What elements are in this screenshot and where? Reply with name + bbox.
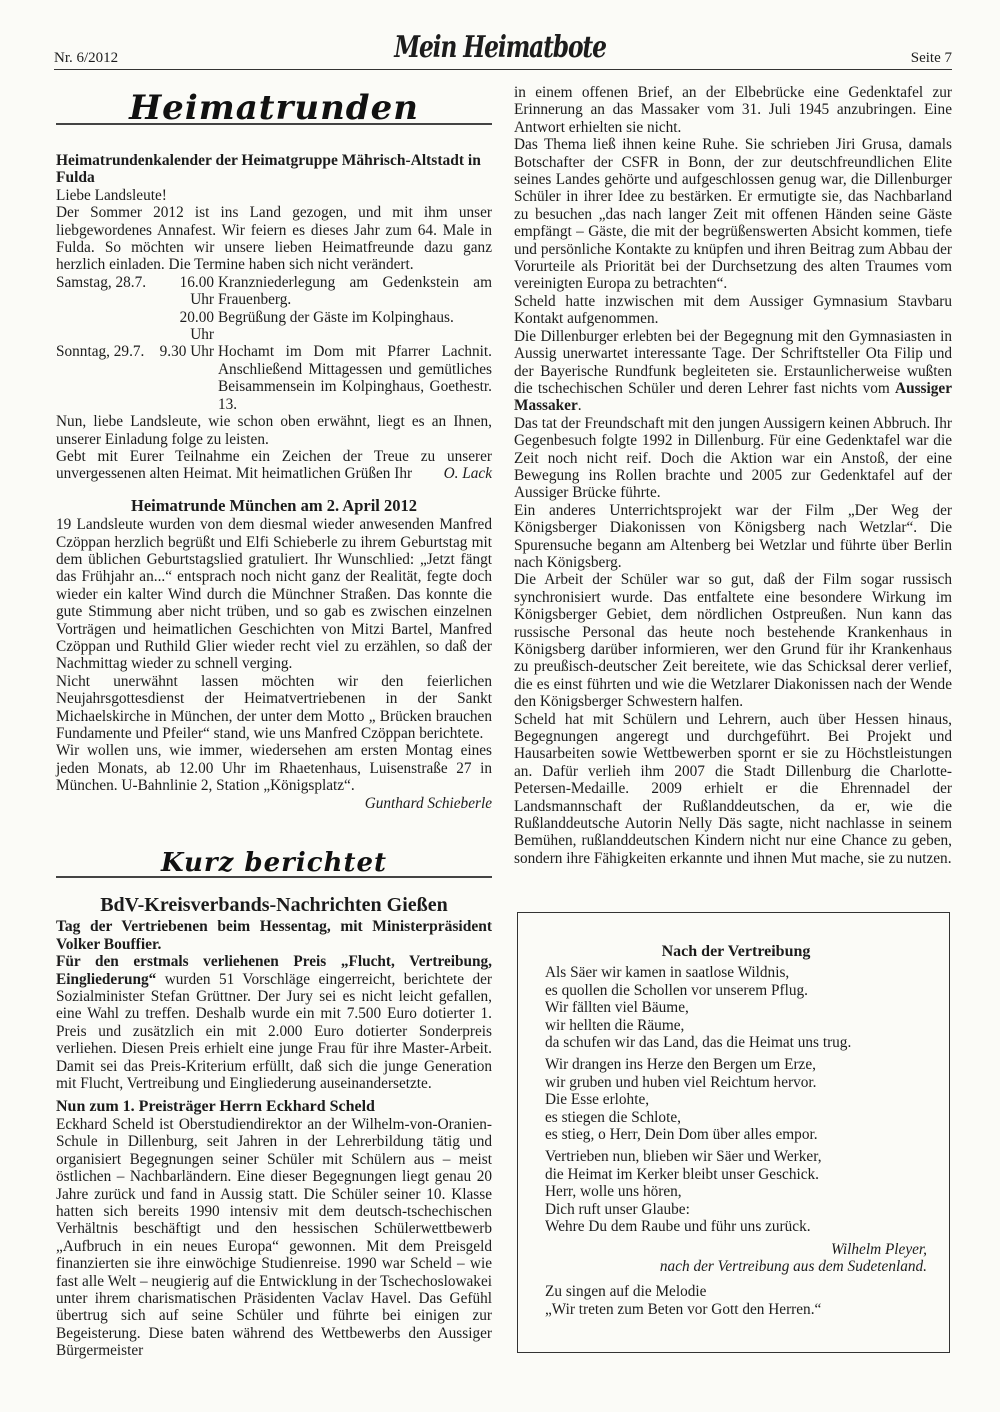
poem-line: Als Säer wir kamen in saatlose Wildnis, xyxy=(545,964,927,981)
poem-line: Die Esse erlohte, xyxy=(545,1091,927,1108)
melody-intro: Zu singen auf die Melodie xyxy=(545,1283,927,1300)
melody-title: „Wir treten zum Beten vor Gott den Herre… xyxy=(545,1301,927,1318)
paragraph: Scheld hat mit Schülern und Lehrern, auc… xyxy=(514,711,952,868)
left-column-top: Heimatrundenkalender der Heimatgruppe Mä… xyxy=(56,152,492,812)
issue-number: Nr. 6/2012 xyxy=(54,50,118,67)
signature: O. Lack xyxy=(444,465,492,482)
poem-stanza: Als Säer wir kamen in saatlose Wildnis, … xyxy=(545,964,927,1051)
paragraph: Wir wollen uns, wie immer, wiedersehen a… xyxy=(56,742,492,794)
left-column-bottom: BdV-Kreisverbands-Nachrichten Gießen Tag… xyxy=(56,897,492,1360)
paragraph-text: Die Dillenburger erlebten bei der Begegn… xyxy=(514,328,952,397)
paragraph: Eckhard Scheld ist Oberstudiendirektor a… xyxy=(56,1116,492,1360)
poem-line: die Heimat im Kerker bleibt unser Geschi… xyxy=(545,1166,927,1183)
signature: Gunthard Schieberle xyxy=(56,795,492,812)
poem-line: Vertrieben nun, blieben wir Säer und Wer… xyxy=(545,1148,927,1165)
poem-line: Wir fällten viel Bäume, xyxy=(545,999,927,1016)
punctuation: . xyxy=(578,397,582,414)
page-number: Seite 7 xyxy=(911,50,952,67)
schedule-day: Sonntag, 29.7. xyxy=(56,343,154,413)
poem-author: Wilhelm Pleyer, xyxy=(545,1241,927,1258)
schedule-time: 20.00 Uhr xyxy=(154,309,218,344)
poem-stanza: Wir drangen ins Herze den Bergen um Erze… xyxy=(545,1056,927,1143)
paragraph: Ein anderes Unterrichtsprojekt war der F… xyxy=(514,502,952,572)
section-title-heimatrunden: Heimatrunden xyxy=(56,88,492,128)
schedule-event: Hochamt im Dom mit Pfarrer Lachnit. Ansc… xyxy=(218,343,492,413)
poem-line: es stiegen die Schlote, xyxy=(545,1109,927,1126)
schedule-time: 9.30 Uhr xyxy=(154,343,218,413)
poem-stanza: Vertrieben nun, blieben wir Säer und Wer… xyxy=(545,1148,927,1235)
schedule-day xyxy=(56,309,154,344)
poem-line: Dich ruft unser Glaube: xyxy=(545,1201,927,1218)
schedule-event: Kranzniederlegung am Gedenkstein am Frau… xyxy=(218,274,492,309)
paragraph: Der Sommer 2012 ist ins Land gezogen, un… xyxy=(56,204,492,274)
poem-box: Nach der Vertreibung Als Säer wir kamen … xyxy=(517,912,950,1353)
header-rule xyxy=(54,69,952,70)
paragraph: Scheld hatte inzwischen mit dem Aussiger… xyxy=(514,293,952,328)
poem-line: Wehre Du dem Raube und führ uns zurück. xyxy=(545,1218,927,1235)
event-schedule: Samstag, 28.7. 16.00 Uhr Kranzniederlegu… xyxy=(56,274,492,413)
poem-line: es quollen die Schollen vor unserem Pflu… xyxy=(545,982,927,999)
section-title-kurz-berichtet: Kurz berichtet xyxy=(56,848,492,878)
right-column: in einem offenen Brief, an der Elbebrück… xyxy=(514,84,952,867)
salutation: Liebe Landsleute! xyxy=(56,187,492,204)
paragraph: Gebt mit Eurer Teilnahme ein Zeichen der… xyxy=(56,448,492,483)
article-subheadline: Tag der Vertriebenen beim Hessentag, mit… xyxy=(56,918,492,953)
schedule-day: Samstag, 28.7. xyxy=(56,274,154,309)
poem-line: wir hellten die Räume, xyxy=(545,1017,927,1034)
article-subhead: Nun zum 1. Preisträger Herrn Eckhard Sch… xyxy=(56,1098,492,1115)
section-rule xyxy=(56,123,492,125)
paragraph: 19 Landsleute wurden von dem diesmal wie… xyxy=(56,516,492,673)
section-rule xyxy=(56,876,492,878)
poem-line: Herr, wolle uns hören, xyxy=(545,1183,927,1200)
poem-attribution: Wilhelm Pleyer, nach der Vertreibung aus… xyxy=(545,1241,927,1276)
paragraph-text: wurden 51 Vorschläge eingerreicht, beric… xyxy=(56,971,492,1092)
schedule-time: 16.00 Uhr xyxy=(154,274,218,309)
poem-author-note: nach der Vertreibung aus dem Sudetenland… xyxy=(545,1258,927,1275)
poem-title: Nach der Vertreibung xyxy=(545,943,927,960)
article-headline: Heimatrunde München am 2. April 2012 xyxy=(56,497,492,514)
poem-line: wir gruben und huben viel Reichtum hervo… xyxy=(545,1074,927,1091)
paragraph: Nun, liebe Landsleute, wie schon oben er… xyxy=(56,413,492,448)
paragraph: Für den erstmals verliehenen Preis „Fluc… xyxy=(56,953,492,1092)
paragraph: Die Arbeit der Schüler war so gut, daß d… xyxy=(514,571,952,710)
poem-line: Wir drangen ins Herze den Bergen um Erze… xyxy=(545,1056,927,1073)
paragraph: Die Dillenburger erlebten bei der Begegn… xyxy=(514,328,952,415)
poem-line: da schufen wir das Land, das die Heimat … xyxy=(545,1034,927,1051)
paragraph: Das tat der Freundschaft mit den jungen … xyxy=(514,415,952,502)
paragraph: Das Thema ließ ihnen keine Ruhe. Sie sch… xyxy=(514,136,952,293)
paragraph: in einem offenen Brief, an der Elbebrück… xyxy=(514,84,952,136)
closing-text: Gebt mit Eurer Teilnahme ein Zeichen der… xyxy=(56,448,492,482)
poem-line: es stieg, o Herr, Dein Dom über alles em… xyxy=(545,1126,927,1143)
article-headline: BdV-Kreisverbands-Nachrichten Gießen xyxy=(56,897,492,914)
article-headline: Heimatrundenkalender der Heimatgruppe Mä… xyxy=(56,152,492,187)
masthead-logo: Mein Heimatbote xyxy=(110,30,890,65)
schedule-event: Begrüßung der Gäste im Kolpinghaus. xyxy=(218,309,492,344)
paragraph: Nicht unerwähnt lassen möchten wir den f… xyxy=(56,673,492,743)
